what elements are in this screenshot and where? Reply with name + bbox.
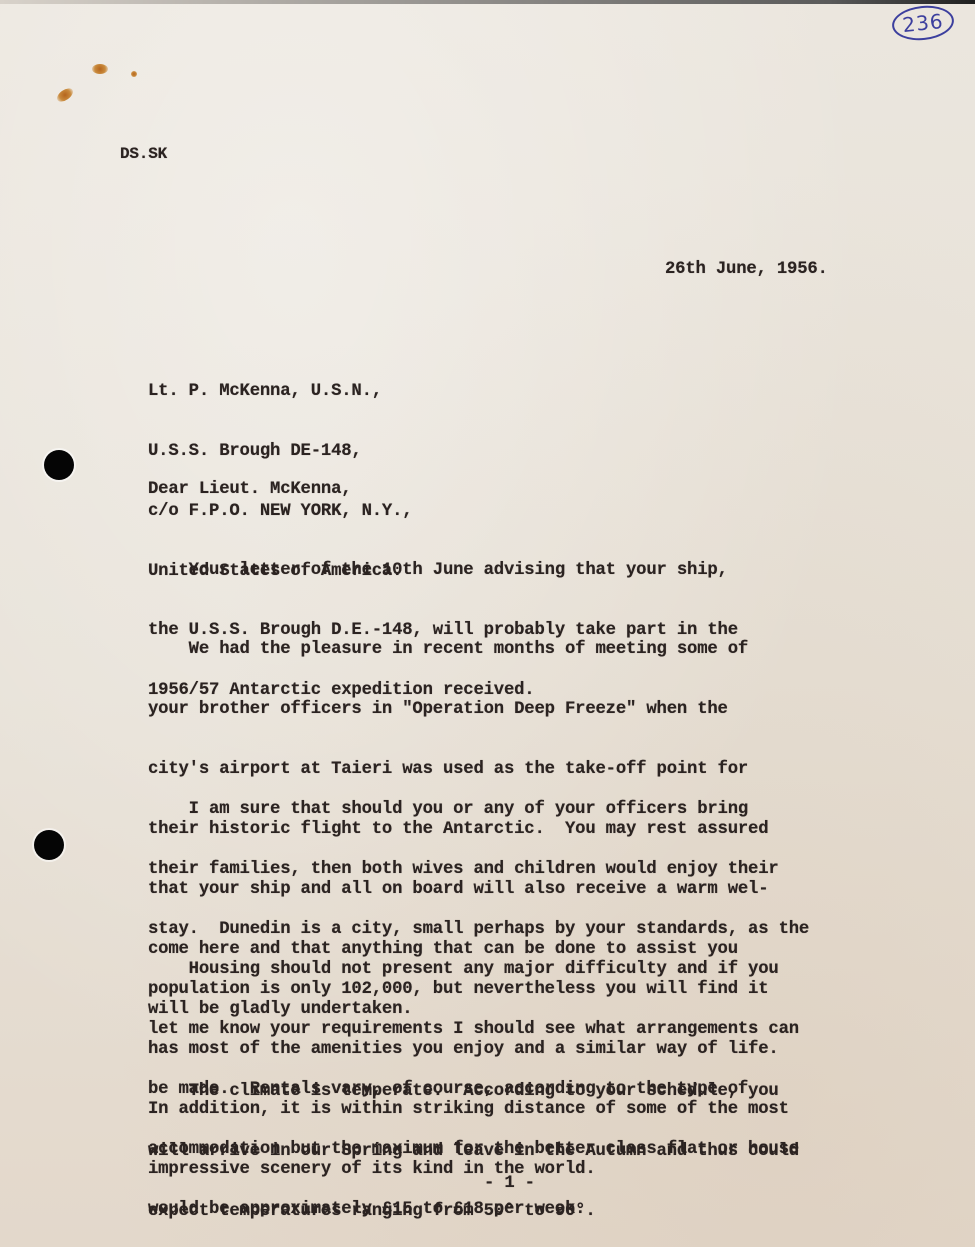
paragraph-line: let me know your requirements I should s… xyxy=(148,1020,799,1040)
paragraph-climate: The climate is temperate. According to y… xyxy=(148,1042,799,1242)
paragraph-line: We had the pleasure in recent months of … xyxy=(148,640,768,660)
address-line: U.S.S. Brough DE-148, xyxy=(148,442,412,462)
paragraph-line: their families, then both wives and chil… xyxy=(148,860,809,880)
address-line: Lt. P. McKenna, U.S.N., xyxy=(148,382,412,402)
letter-date: 26th June, 1956. xyxy=(665,260,828,280)
paragraph-line: your brother officers in "Operation Deep… xyxy=(148,700,768,720)
rust-stain xyxy=(55,86,75,105)
paragraph-line: Housing should not present any major dif… xyxy=(148,960,799,980)
paragraph-line: Your letter of the 10th June advising th… xyxy=(148,561,738,581)
rust-stain xyxy=(131,71,137,77)
paragraph-line: The climate is temperate. According to y… xyxy=(148,1082,799,1102)
punch-hole xyxy=(44,450,74,480)
address-line: c/o F.P.O. NEW YORK, N.Y., xyxy=(148,502,412,522)
paragraph-line: expect temperatures ranging from 50° to … xyxy=(148,1202,799,1222)
paragraph-line: will arrive in our Spring and leave in t… xyxy=(148,1142,799,1162)
rust-stain xyxy=(92,64,108,74)
scan-top-edge xyxy=(0,0,975,4)
folio-number-annotation: 236 xyxy=(890,3,955,43)
reference-initials: DS.SK xyxy=(120,144,167,164)
salutation: Dear Lieut. McKenna, xyxy=(148,480,351,500)
punch-hole xyxy=(34,830,64,860)
paragraph-line: I am sure that should you or any of your… xyxy=(148,800,809,820)
page-number: - 1 - xyxy=(484,1174,535,1194)
